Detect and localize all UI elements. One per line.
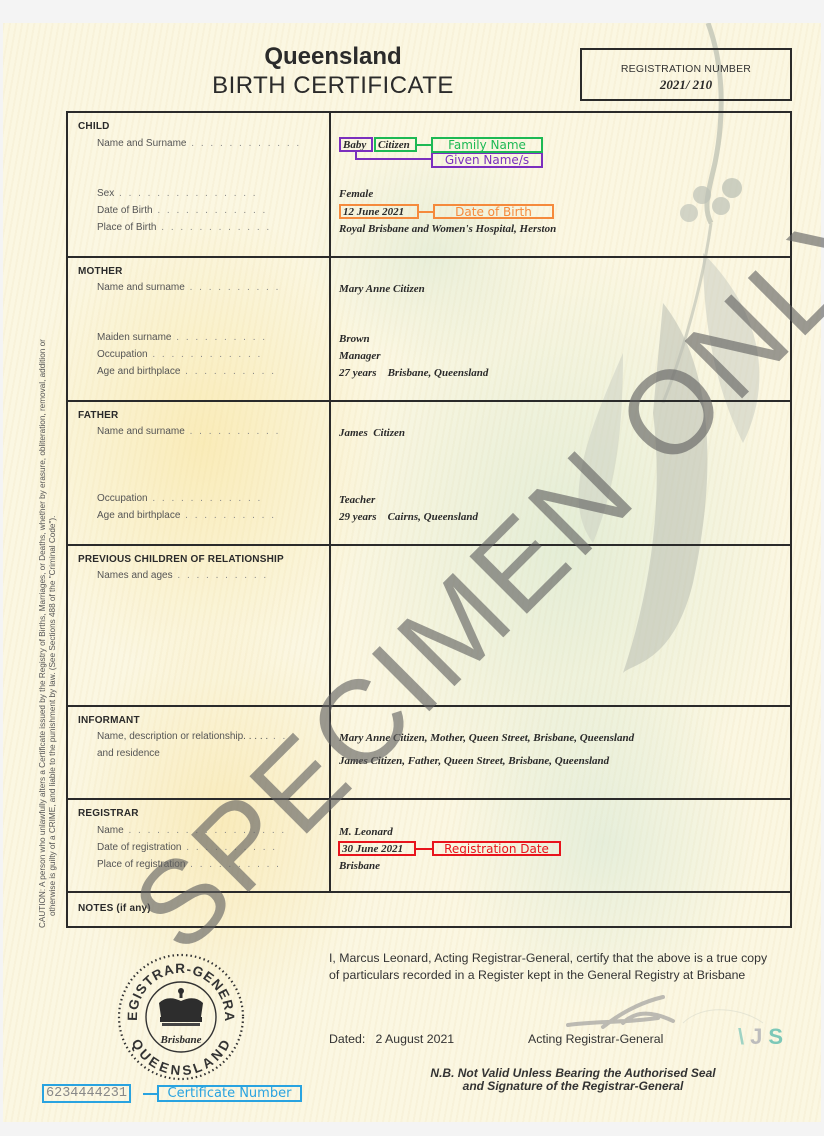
child-sex: Female [339,188,373,200]
field-label: and residence [97,748,329,759]
section-title: MOTHER [78,266,123,277]
field-label-dob: Date of Birth . . . . . . . . . . . . [97,205,329,216]
child-place-of-birth: Royal Brisbane and Women's Hospital, Her… [339,223,556,235]
label-text: Name [97,825,124,836]
field-label: Age and birthplace . . . . . . . . . . [97,366,329,377]
given-name-annotation: Given Name/s [431,152,543,168]
caution-notice: CAUTION: A person who unlawfully alters … [38,138,58,928]
column-divider [329,707,331,798]
label-text: Name and surname [97,426,185,437]
field-label: Date of registration . . . . . . . . . . [97,842,329,853]
field-label-sex: Sex . . . . . . . . . . . . . . . [97,188,329,199]
section-title: INFORMANT [78,715,140,726]
label-text: Occupation [97,493,148,504]
registration-number-box: REGISTRATION NUMBER 2021/ 210 [580,48,792,101]
father-name: James Citizen [339,427,405,439]
mother-age-birthplace: 27 years Brisbane, Queensland [339,367,488,379]
field-label: Occupation . . . . . . . . . . . . [97,349,329,360]
security-marks: \JS [738,1024,789,1050]
caution-line: CAUTION: A person who unlawfully alters … [38,138,48,928]
field-label: Name and surname . . . . . . . . . . [97,426,329,437]
column-divider [329,402,331,544]
registration-number-label: REGISTRATION NUMBER [582,63,790,75]
mother-name: Mary Anne Citizen [339,283,425,295]
label-text: Date of registration [97,842,182,853]
field-label: Place of registration . . . . . . . . . … [97,859,329,870]
given-name-connector [355,158,431,160]
nb-line: and Signature of the Registrar-General [383,1080,763,1093]
registration-place: Brisbane [339,860,380,872]
registration-date-highlight [338,841,416,856]
column-divider [329,258,331,400]
registration-date-connector [416,848,432,850]
section-registrar: REGISTRAR Name . . . . . . . . . . . . .… [68,800,790,893]
family-name-connector [417,144,431,146]
label-text: Sex [97,188,114,199]
dated-value: 2 August 2021 [375,1032,454,1046]
field-label: Occupation . . . . . . . . . . . . [97,493,329,504]
date-of-birth-annotation: Date of Birth [433,204,554,219]
label-text: Age and birthplace [97,366,180,377]
label-text: Name and surname [97,282,185,293]
title-state: Queensland [183,43,483,71]
mother-maiden-surname: Brown [339,333,370,345]
certification-statement: I, Marcus Leonard, Acting Registrar-Gene… [329,950,779,984]
title-block: Queensland BIRTH CERTIFICATE [183,43,483,101]
field-label: Name . . . . . . . . . . . . . . . . . [97,825,329,836]
signature [563,993,683,1033]
father-age-birthplace: 29 years Cairns, Queensland [339,511,478,523]
label-text: Maiden surname [97,332,171,343]
dated-label: Dated: [329,1032,365,1046]
given-name-highlight [339,137,373,152]
informant-2: James Citizen, Father, Queen Street, Bri… [339,755,609,767]
section-informant: INFORMANT Name, description or relations… [68,707,790,800]
registration-date-annotation: Registration Date [432,841,561,856]
section-previous-children: PREVIOUS CHILDREN OF RELATIONSHIP Names … [68,546,790,707]
section-title: FATHER [78,410,118,421]
section-mother: MOTHER Name and surname . . . . . . . . … [68,258,790,402]
father-occupation: Teacher [339,494,375,506]
mother-occupation: Manager [339,350,381,362]
certificate-number-connector [143,1093,157,1095]
date-of-birth-connector [419,211,433,213]
certificate-paper: Queensland BIRTH CERTIFICATE REGISTRATIO… [3,23,821,1122]
label-text: Name, description or relationship. . . .… [97,731,268,742]
registrar-general-seal: REGISTRAR-GENERAL QUEENSLAND Brisbane [115,951,247,1083]
date-of-birth-highlight [339,204,419,219]
crown-icon [159,988,203,1026]
certificate-number: 6234444231 [42,1084,131,1103]
section-title: REGISTRAR [78,808,139,819]
field-label: Name, description or relationship. . . .… [97,731,329,742]
field-label: Names and ages . . . . . . . . . . [97,570,329,581]
column-divider [329,546,331,705]
section-child: CHILD Name and Surname . . . . . . . . .… [68,113,790,258]
registrar-name: M. Leonard [339,826,393,838]
certificate-number-annotation: Certificate Number [157,1085,302,1102]
registration-number-value: 2021/ 210 [582,77,790,93]
label-text: Place of Birth [97,222,156,233]
column-divider [329,113,331,256]
dated: Dated: 2 August 2021 [329,1032,454,1046]
informant-1: Mary Anne Citizen, Mother, Queen Street,… [339,732,634,744]
field-label-name: Name and Surname . . . . . . . . . . . . [97,138,329,149]
field-label-pob: Place of Birth . . . . . . . . . . . . [97,222,329,233]
title-document-type: BIRTH CERTIFICATE [183,71,483,101]
label-text: Age and birthplace [97,510,180,521]
section-notes: NOTES (if any) [68,893,790,928]
signatory-title: Acting Registrar-General [528,1032,663,1046]
section-title: PREVIOUS CHILDREN OF RELATIONSHIP [78,554,284,565]
field-label: Age and birthplace . . . . . . . . . . [97,510,329,521]
seal-center-text: Brisbane [160,1034,202,1046]
certificate-form: CHILD Name and Surname . . . . . . . . .… [66,111,792,928]
field-label: Maiden surname . . . . . . . . . . [97,332,329,343]
label-text: Names and ages [97,570,173,581]
caution-line: otherwise is guilty of a CRIME, and liab… [48,138,58,928]
label-text: Occupation [97,349,148,360]
validity-notice: N.B. Not Valid Unless Bearing the Author… [383,1067,763,1093]
section-father: FATHER Name and surname . . . . . . . . … [68,402,790,546]
field-label: Name and surname . . . . . . . . . . [97,282,329,293]
section-title: NOTES (if any) [78,903,151,914]
column-divider [329,800,331,891]
label-text: Date of Birth [97,205,153,216]
family-name-annotation: Family Name [431,137,543,153]
label-text: Name and Surname [97,138,187,149]
family-name-highlight [374,137,417,152]
section-title: CHILD [78,121,110,132]
label-text: and residence [97,748,160,759]
label-text: Place of registration [97,859,185,870]
